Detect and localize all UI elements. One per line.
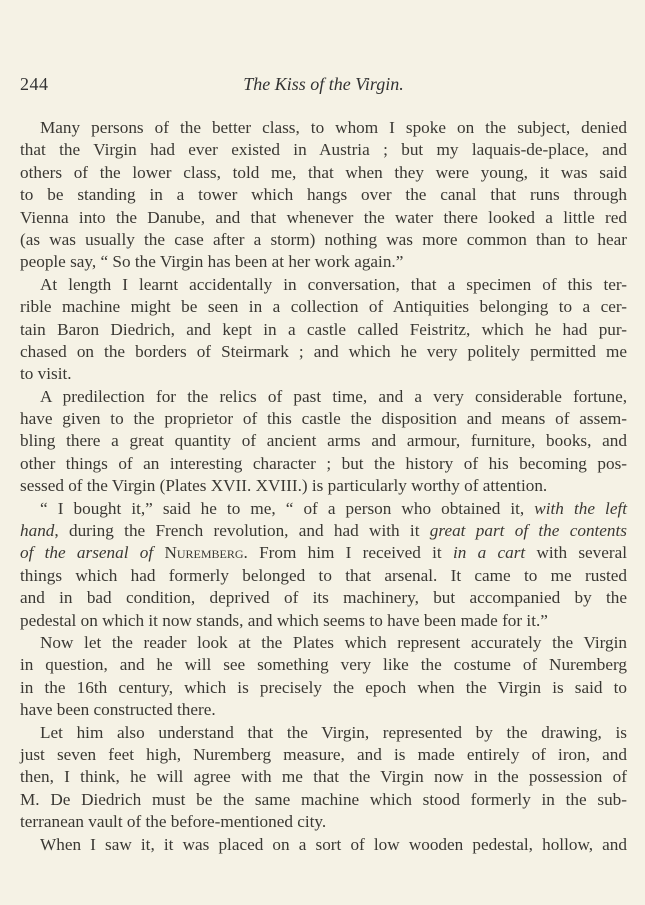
paragraph-2: At length I learnt accidentally in conve… <box>20 274 627 386</box>
text-line: to be standing in a tower which hangs ov… <box>20 184 627 206</box>
text-line: “ I bought it,” said he to me, “ of a pe… <box>20 498 627 520</box>
text-line: tain Baron Diedrich, and kept in a castl… <box>20 319 627 341</box>
text-line: other things of an interesting character… <box>20 453 627 475</box>
text-line: in question, and he will see something v… <box>20 654 627 676</box>
text-line: others of the lower class, told me, that… <box>20 162 627 184</box>
text-line: Let him also understand that the Virgin,… <box>20 722 627 744</box>
text-line: pedestal on which it now stands, and whi… <box>20 610 627 632</box>
text-line: people say, “ So the Virgin has been at … <box>20 251 627 273</box>
text-line: A predilection for the relics of past ti… <box>20 386 627 408</box>
paragraph-6: Let him also understand that the Virgin,… <box>20 722 627 834</box>
text-line: When I saw it, it was placed on a sort o… <box>20 834 627 856</box>
text-line: have given to the proprietor of this cas… <box>20 408 627 430</box>
text-run: From him I received it <box>248 543 453 562</box>
text-line: sessed of the Virgin (Plates XVII. XVIII… <box>20 475 627 497</box>
italic-run: with the left <box>534 499 627 518</box>
text-run: “ I bought it,” said he to me, “ of a pe… <box>40 499 534 518</box>
text-line: have been constructed there. <box>20 699 627 721</box>
text-line: and in bad condition, deprived of its ma… <box>20 587 627 609</box>
text-run: with several <box>525 543 627 562</box>
text-line: Now let the reader look at the Plates wh… <box>20 632 627 654</box>
text-line: of the arsenal of Nuremberg. From him I … <box>20 542 627 564</box>
text-line: then, I think, he will agree with me tha… <box>20 766 627 788</box>
paragraph-1: Many persons of the better class, to who… <box>20 117 627 274</box>
body-text: Many persons of the better class, to who… <box>20 117 627 856</box>
paragraph-4-quotation: “ I bought it,” said he to me, “ of a pe… <box>20 498 627 632</box>
italic-run: of the arsenal of <box>20 543 153 562</box>
text-line: in the 16th century, which is precisely … <box>20 677 627 699</box>
text-run: pedestal on which it now stands, and whi… <box>20 611 548 630</box>
text-line: things which had formerly belonged to th… <box>20 565 627 587</box>
text-line: bling there a great quantity of ancient … <box>20 430 627 452</box>
book-page: 244 The Kiss of the Virgin. Many persons… <box>0 0 645 905</box>
text-line: Many persons of the better class, to who… <box>20 117 627 139</box>
text-line: terranean vault of the before-mentioned … <box>20 811 627 833</box>
italic-run: hand <box>20 521 54 540</box>
italic-run: in a cart <box>453 543 525 562</box>
page-header: 244 The Kiss of the Virgin. <box>20 74 627 98</box>
text-line: Vienna into the Danube, and that wheneve… <box>20 207 627 229</box>
text-line: M. De Diedrich must be the same machine … <box>20 789 627 811</box>
text-run: , during the French revolution, and had … <box>54 521 429 540</box>
text-line: rible machine might be seen in a collect… <box>20 296 627 318</box>
text-line: hand, during the French revolution, and … <box>20 520 627 542</box>
text-line: chased on the borders of Steirmark ; and… <box>20 341 627 363</box>
text-run <box>153 543 164 562</box>
paragraph-3: A predilection for the relics of past ti… <box>20 386 627 498</box>
text-run: things which had formerly belonged to th… <box>20 566 627 585</box>
running-title: The Kiss of the Virgin. <box>20 74 627 95</box>
text-line: (as was usually the case after a storm) … <box>20 229 627 251</box>
paragraph-5: Now let the reader look at the Plates wh… <box>20 632 627 722</box>
text-line: to visit. <box>20 363 627 385</box>
text-line: that the Virgin had ever existed in Aust… <box>20 139 627 161</box>
text-line: At length I learnt accidentally in conve… <box>20 274 627 296</box>
italic-run: great part of the contents <box>430 521 627 540</box>
paragraph-7: When I saw it, it was placed on a sort o… <box>20 834 627 856</box>
text-line: just seven feet high, Nuremberg measure,… <box>20 744 627 766</box>
small-caps-run: Nuremberg. <box>164 543 247 562</box>
text-run: and in bad condition, deprived of its ma… <box>20 588 627 607</box>
